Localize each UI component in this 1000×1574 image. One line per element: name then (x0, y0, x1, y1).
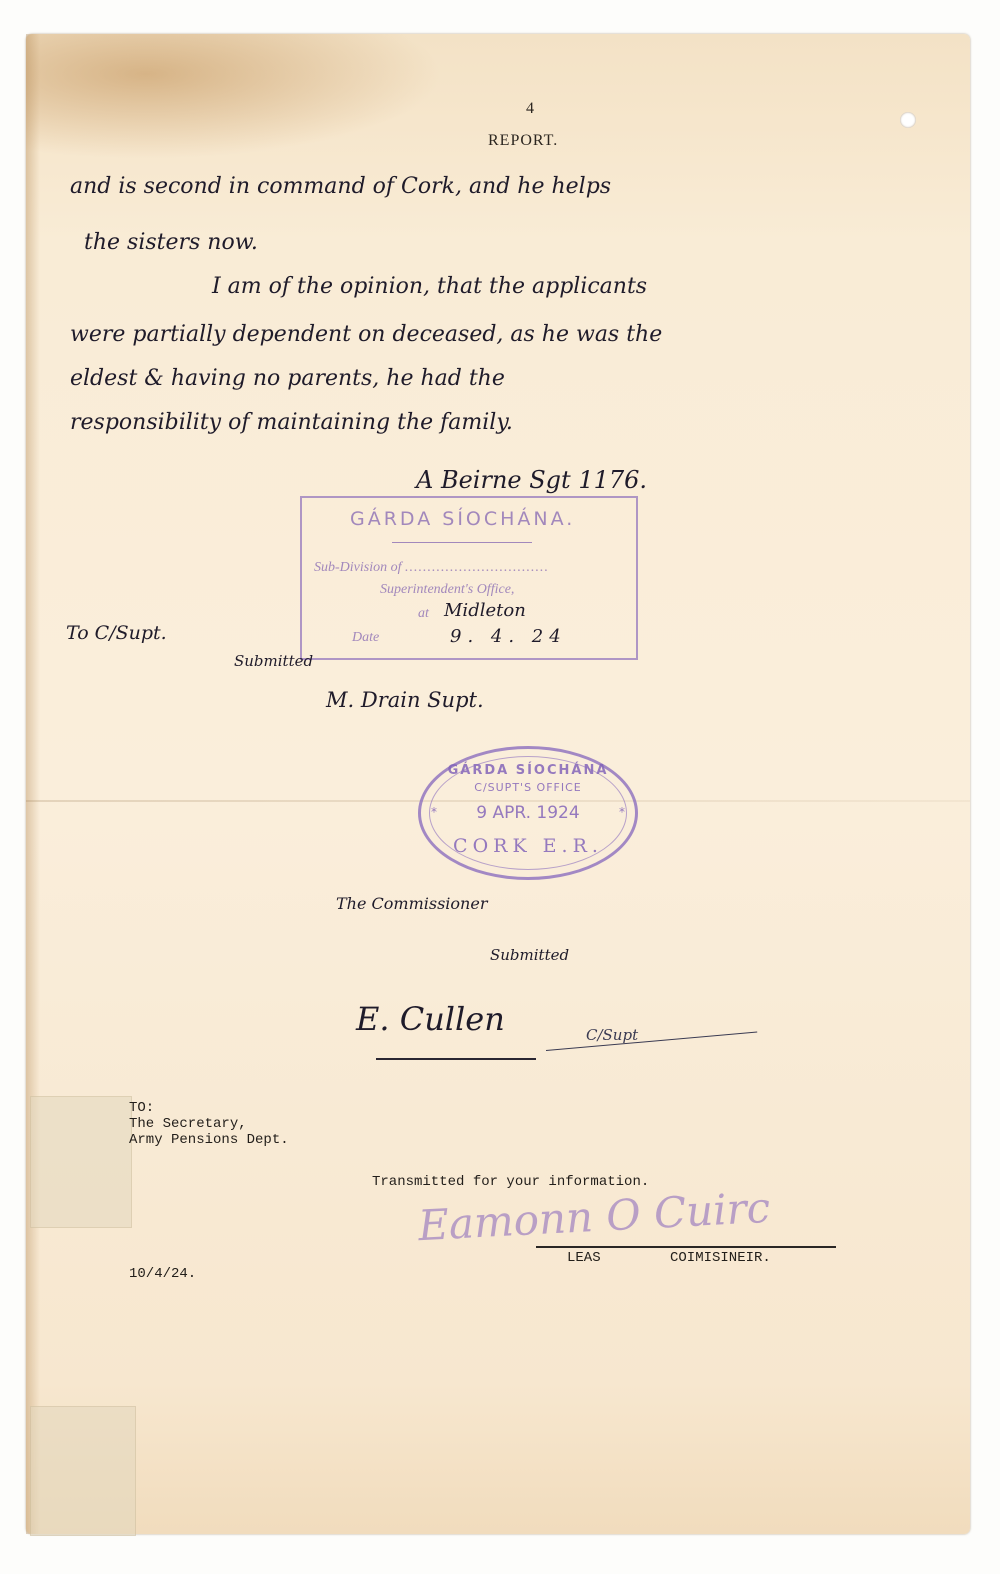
subdivision-label: Sub-Division of (314, 560, 402, 575)
tape-repair (30, 1096, 132, 1228)
submitted-note: Submitted (234, 652, 313, 670)
deputy-commissioner-signature: Eamonn O Cuirc (417, 1183, 771, 1250)
dotted-leader: ................................ (405, 560, 549, 575)
recipient-line: The Secretary, (129, 1116, 289, 1132)
page-number: 4 (526, 100, 534, 118)
superintendent-signature: M. Drain Supt. (326, 688, 484, 712)
oval-stamp-office: C/SUPT'S OFFICE (421, 781, 635, 794)
handwritten-line: and is second in command of Cork, and he… (70, 174, 611, 199)
oval-stamp-date: 9 APR. 1924 (421, 803, 635, 823)
signature-underline (376, 1058, 536, 1060)
stamp-at-label: at (418, 606, 429, 622)
csupt-signature: E. Cullen (356, 1000, 505, 1038)
submitted-note: Submitted (490, 946, 569, 964)
sergeant-signature: A Beirne Sgt 1176. (416, 466, 647, 494)
stamp-date-label: Date (352, 630, 379, 646)
to-label: TO: (129, 1100, 289, 1116)
stamp-title: GÁRDA SÍOCHÁNA. (350, 508, 575, 530)
star-icon: * (431, 805, 437, 819)
typed-date: 10/4/24. (129, 1266, 196, 1282)
stamp-rule (392, 542, 532, 543)
signature-line (536, 1246, 836, 1248)
stamp-at-value: Midleton (444, 600, 526, 621)
punch-hole (900, 112, 916, 128)
csupt-office-date-stamp: GÁRDA SÍOCHÁNA C/SUPT'S OFFICE * 9 APR. … (418, 746, 638, 880)
recipient-block: TO:The Secretary,Army Pensions Dept. (129, 1100, 289, 1148)
signature-flourish (546, 1032, 757, 1051)
oval-stamp-top: GÁRDA SÍOCHÁNA (421, 763, 635, 778)
handwritten-line: I am of the opinion, that the applicants (212, 274, 647, 299)
to-csupt-note: To C/Supt. (66, 622, 167, 644)
document-page: 4 REPORT. and is second in command of Co… (26, 34, 970, 1534)
handwritten-line: the sisters now. (84, 230, 258, 255)
to-commissioner-note: The Commissioner (336, 894, 487, 913)
garda-subdivision-stamp: GÁRDA SÍOCHÁNA. Sub-Division of ........… (300, 496, 638, 660)
handwritten-line: responsibility of maintaining the family… (70, 410, 513, 435)
stamp-superintendent-label: Superintendent's Office, (380, 582, 514, 598)
csupt-title: C/Supt (586, 1026, 638, 1044)
transmitted-line: Transmitted for your information. (372, 1174, 649, 1190)
leas-label: LEAS (567, 1250, 601, 1266)
stamp-subdivision-line: Sub-Division of ........................… (314, 560, 549, 576)
stamp-date-value: 9. 4. 24 (450, 626, 567, 647)
tape-repair (30, 1406, 136, 1536)
handwritten-line: eldest & having no parents, he had the (70, 366, 505, 391)
coimisineir-label: COIMISINEIR. (670, 1250, 771, 1266)
handwritten-line: were partially dependent on deceased, as… (70, 322, 662, 347)
report-title: REPORT. (488, 132, 558, 150)
oval-stamp-bottom: CORK E.R. (421, 835, 635, 857)
recipient-line: Army Pensions Dept. (129, 1132, 289, 1148)
star-icon: * (619, 805, 625, 819)
